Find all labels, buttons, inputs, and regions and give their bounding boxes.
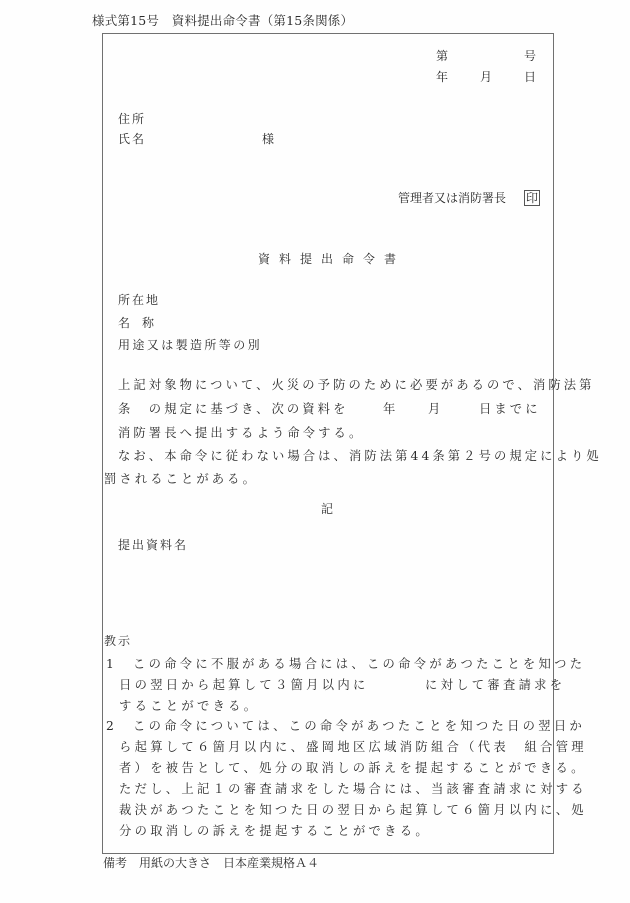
notice-item-2-number: 2	[106, 720, 117, 732]
recipient-name-label: 氏名	[118, 133, 146, 145]
body-line-2: 条 の規定に基づき、次の資料を	[118, 403, 348, 415]
issuer-label: 管理者又は消防署長	[398, 192, 506, 204]
footer-note: 備考 用紙の大きさ 日本産業規格Ａ４	[103, 857, 319, 869]
date-day-label: 日	[524, 71, 536, 83]
notice-item-1-line-2b: に対して審査請求を	[425, 679, 565, 691]
body-line-3: 消防署長へ提出するよう命令する。	[118, 427, 364, 439]
target-name-label: 名 称	[118, 317, 154, 329]
recipient-address-label: 住所	[118, 113, 146, 125]
deadline-year-label: 年	[383, 403, 398, 415]
notice-item-2-line-2: ら起算して６箇月以内に、盛岡地区広域消防組合（代表 組合管理	[119, 741, 587, 753]
deadline-day-label: 日までに	[479, 403, 541, 415]
date-year-label: 年	[436, 71, 448, 83]
notice-item-2-line-3: 者）を被告として、処分の取消しの訴えを提起することができる。	[119, 762, 587, 774]
notice-item-1-line-1: この命令に不服がある場合には、この命令があつたことを知つた	[133, 658, 585, 670]
body-line-1: 上記対象物について、火災の予防のために必要があるので、消防法第	[118, 379, 595, 391]
notice-item-2-line-6: 分の取消しの訴えを提起することができる。	[119, 825, 431, 837]
notice-item-2-line-1: この命令については、この命令があつたことを知つた日の翌日か	[133, 720, 585, 732]
seal-mark: 印	[524, 190, 540, 206]
notice-item-1-line-3: することができる。	[119, 700, 259, 712]
materials-label: 提出資料名	[118, 539, 188, 551]
reference-number-suffix: 号	[524, 50, 536, 62]
document-title: 資料提出命令書	[258, 253, 405, 265]
record-heading: 記	[321, 503, 333, 515]
reference-number-prefix: 第	[436, 50, 448, 62]
notice-item-1-number: 1	[106, 658, 117, 670]
recipient-honorific: 様	[262, 133, 274, 145]
form-header: 様式第15号 資料提出命令書（第15条関係）	[92, 15, 353, 28]
notice-item-2-line-4: ただし、上記１の審査請求をした場合には、当該審査請求に対する	[119, 783, 587, 795]
target-location-label: 所在地	[118, 294, 160, 306]
deadline-month-label: 月	[428, 403, 443, 415]
body-line-5: 罰されることがある。	[104, 473, 258, 485]
notice-item-2-line-5: 裁決があつたことを知つた日の翌日から起算して６箇月以内に、処	[119, 804, 587, 816]
seal-icon: 印	[524, 190, 540, 206]
body-line-4: なお、本命令に従わない場合は、消防法第44条第２号の規定により処	[118, 450, 602, 462]
notice-heading: 教示	[104, 635, 132, 647]
target-usage-label: 用途又は製造所等の別	[118, 339, 262, 351]
date-month-label: 月	[480, 71, 492, 83]
notice-item-1-line-2a: 日の翌日から起算して３箇月以内に	[119, 679, 369, 691]
